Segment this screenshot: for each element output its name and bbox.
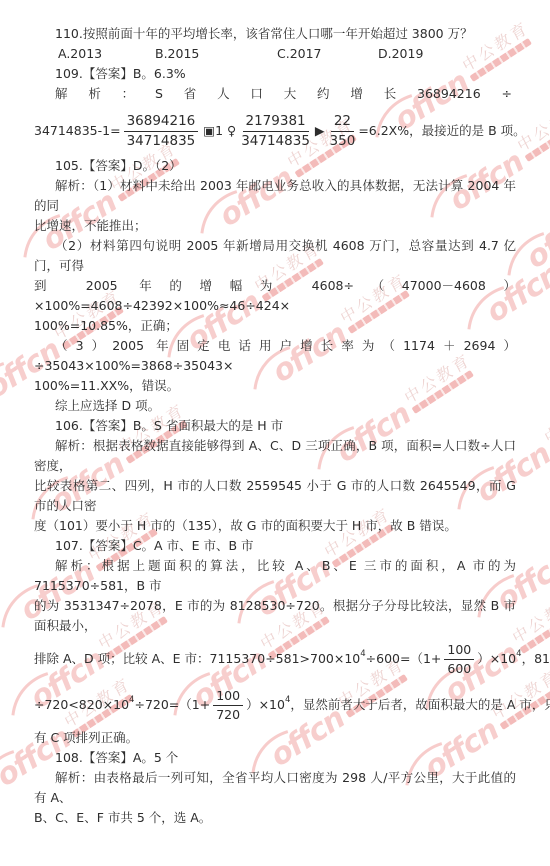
- analysis-token: S: [155, 84, 163, 104]
- garbled-symbol-1: ▣1: [203, 121, 223, 141]
- fraction-2-numerator: 2179381: [243, 113, 309, 132]
- fraction-denominator: 600: [447, 660, 471, 677]
- analysis-token: ：: [122, 84, 135, 104]
- analysis-token: 析: [88, 84, 101, 104]
- analysis-107-line-3: 有 C 项排列正确。: [34, 728, 516, 748]
- line-109-analysis: 解析：S省人口大约增长36894216÷: [34, 84, 516, 104]
- formula-107-line-2: ÷720<820×10 4 ÷720=（1+ 100 720 ）×10 4 ，显…: [34, 682, 516, 728]
- formula-107-line-1: 排除 A、D 项；比较 A、E 市：7115370÷581>700×10 4 ÷…: [34, 636, 516, 682]
- option-b: B.2015: [155, 44, 277, 64]
- fraction-numerator: 100: [444, 642, 474, 660]
- fraction-2-denominator: 34714835: [241, 132, 310, 150]
- formula-107a-post: ）×10: [477, 649, 516, 669]
- analysis-106-line-3: 度（101）要小于 H 市的（135），故 G 市的面积要大于 H 市，故 B …: [34, 516, 516, 536]
- formula-107b-post: ）×10: [246, 695, 285, 715]
- analysis-108-line-1: 解析：由表格最后一列可知，全省平均人口密度为 298 人/平方公里，大于此值的有…: [34, 768, 516, 808]
- analysis-105-line-2: 比增速，不能推出；: [34, 216, 516, 236]
- analysis-token: 大: [284, 84, 297, 104]
- fraction-denominator: 720: [216, 706, 240, 723]
- analysis-105-line-5: 100%=10.85%，正确；: [34, 316, 516, 336]
- analysis-108-line-2: B、C、E、F 市共 5 个，选 A。: [34, 808, 516, 828]
- option-d: D.2019: [378, 44, 423, 64]
- formula-107a-tail: ，8128530: [522, 649, 550, 669]
- fraction-3: 22 350: [330, 113, 356, 150]
- fraction-3-denominator: 350: [330, 132, 356, 150]
- analysis-107-line-2: 的为 3531347÷2078，E 市的为 8128530÷720。根据分子分母…: [34, 596, 516, 636]
- question-110: 110.按照前面十年的平均增长率，该省常住人口哪一年开始超过 3800 万？: [34, 24, 516, 44]
- answer-sheet-content: 110.按照前面十年的平均增长率，该省常住人口哪一年开始超过 3800 万？ A…: [0, 0, 550, 828]
- analysis-token: 增: [350, 84, 363, 104]
- formula-109: 34714835-1= 36894216 34714835 ▣1 ♀ 21793…: [34, 106, 516, 156]
- analysis-token: 人: [217, 84, 230, 104]
- answer-108: 108.【答案】A。5 个: [34, 748, 516, 768]
- answer-109: 109.【答案】B。6.3%: [34, 64, 516, 84]
- fraction-numerator: 100: [213, 688, 243, 706]
- garbled-symbol-2: ♀: [227, 121, 236, 141]
- analysis-107-line-1: 解析：根据上题面积的算法，比较 A、B、E 三市的面积，A 市的为 711537…: [34, 556, 516, 596]
- formula-107b-mid: ÷720=（1+: [134, 695, 210, 715]
- formula-107a-pre: 排除 A、D 项；比较 A、E 市：7115370÷581>700×10: [34, 649, 360, 669]
- formula-107b-pre: ÷720<820×10: [34, 695, 129, 715]
- analysis-token: 省: [184, 84, 197, 104]
- analysis-105-line-4: 到 2005 年的增幅为 4608÷（47000－4608）×100%=4608…: [34, 276, 516, 316]
- analysis-token: 口: [250, 84, 263, 104]
- fraction-1: 36894216 34714835: [124, 113, 199, 150]
- answer-106: 106.【答案】B。S 省面积最大的是 H 市: [34, 416, 516, 436]
- superscript: 4: [360, 644, 365, 664]
- analysis-token: 约: [317, 84, 330, 104]
- analysis-106-line-2: 比较表格第二、四列，H 市的人口数 2559545 小于 G 市的人口数 264…: [34, 476, 516, 516]
- analysis-105-line-6: （3）2005 年固定电话用户增长率为（1174＋2694）÷35043×100…: [34, 336, 516, 376]
- analysis-105-line-1: 解析：（1）材料中未给出 2003 年邮电业务总收入的具体数据，无法计算 200…: [34, 176, 516, 216]
- analysis-106-line-1: 解析：根据表格数据直接能够得到 A、C、D 三项正确，B 项，面积=人口数÷人口…: [34, 436, 516, 476]
- conclusion-105: 综上应选择 D 项。: [34, 396, 516, 416]
- fraction-1-denominator: 34714835: [127, 132, 196, 150]
- fraction-100-600: 100 600: [444, 642, 474, 676]
- formula-109-lead: 34714835-1=: [34, 121, 121, 141]
- option-c: C.2017: [277, 44, 378, 64]
- answer-107: 107.【答案】C。A 市、E 市、B 市: [34, 536, 516, 556]
- analysis-token: ÷: [501, 84, 511, 104]
- superscript: 4: [516, 644, 521, 664]
- fraction-100-720: 100 720: [213, 688, 243, 722]
- formula-107a-mid: ÷600=（1+: [366, 649, 442, 669]
- analysis-token: 36894216: [417, 84, 481, 104]
- option-a: A.2013: [58, 44, 155, 64]
- document-page: offcn 中公教育 offcn 中公教育 offcn 中公教育 offcn 中…: [0, 0, 550, 866]
- analysis-105-line-7: 100%=11.XX%，错误。: [34, 376, 516, 396]
- fraction-3-numerator: 22: [331, 113, 354, 132]
- analysis-token: 解: [55, 84, 68, 104]
- answer-105: 105.【答案】D。（2）: [34, 156, 516, 176]
- formula-109-tail: =6.2X%，最接近的是 B 项。: [358, 121, 525, 141]
- fraction-1-numerator: 36894216: [124, 113, 199, 132]
- superscript: 4: [129, 690, 134, 710]
- superscript: 4: [285, 690, 290, 710]
- formula-107b-tail: ，显然前者大于后者，故面积最大的是 A 市，只: [290, 695, 550, 715]
- options-row-110: A.2013 B.2015 C.2017 D.2019: [34, 44, 516, 64]
- fraction-2: 2179381 34714835: [241, 113, 310, 150]
- analysis-token: 长: [384, 84, 397, 104]
- analysis-105-line-3: （2）材料第四句说明 2005 年新增局用交换机 4608 万门，总容量达到 4…: [34, 236, 516, 276]
- garbled-symbol-3: ▶: [315, 121, 325, 141]
